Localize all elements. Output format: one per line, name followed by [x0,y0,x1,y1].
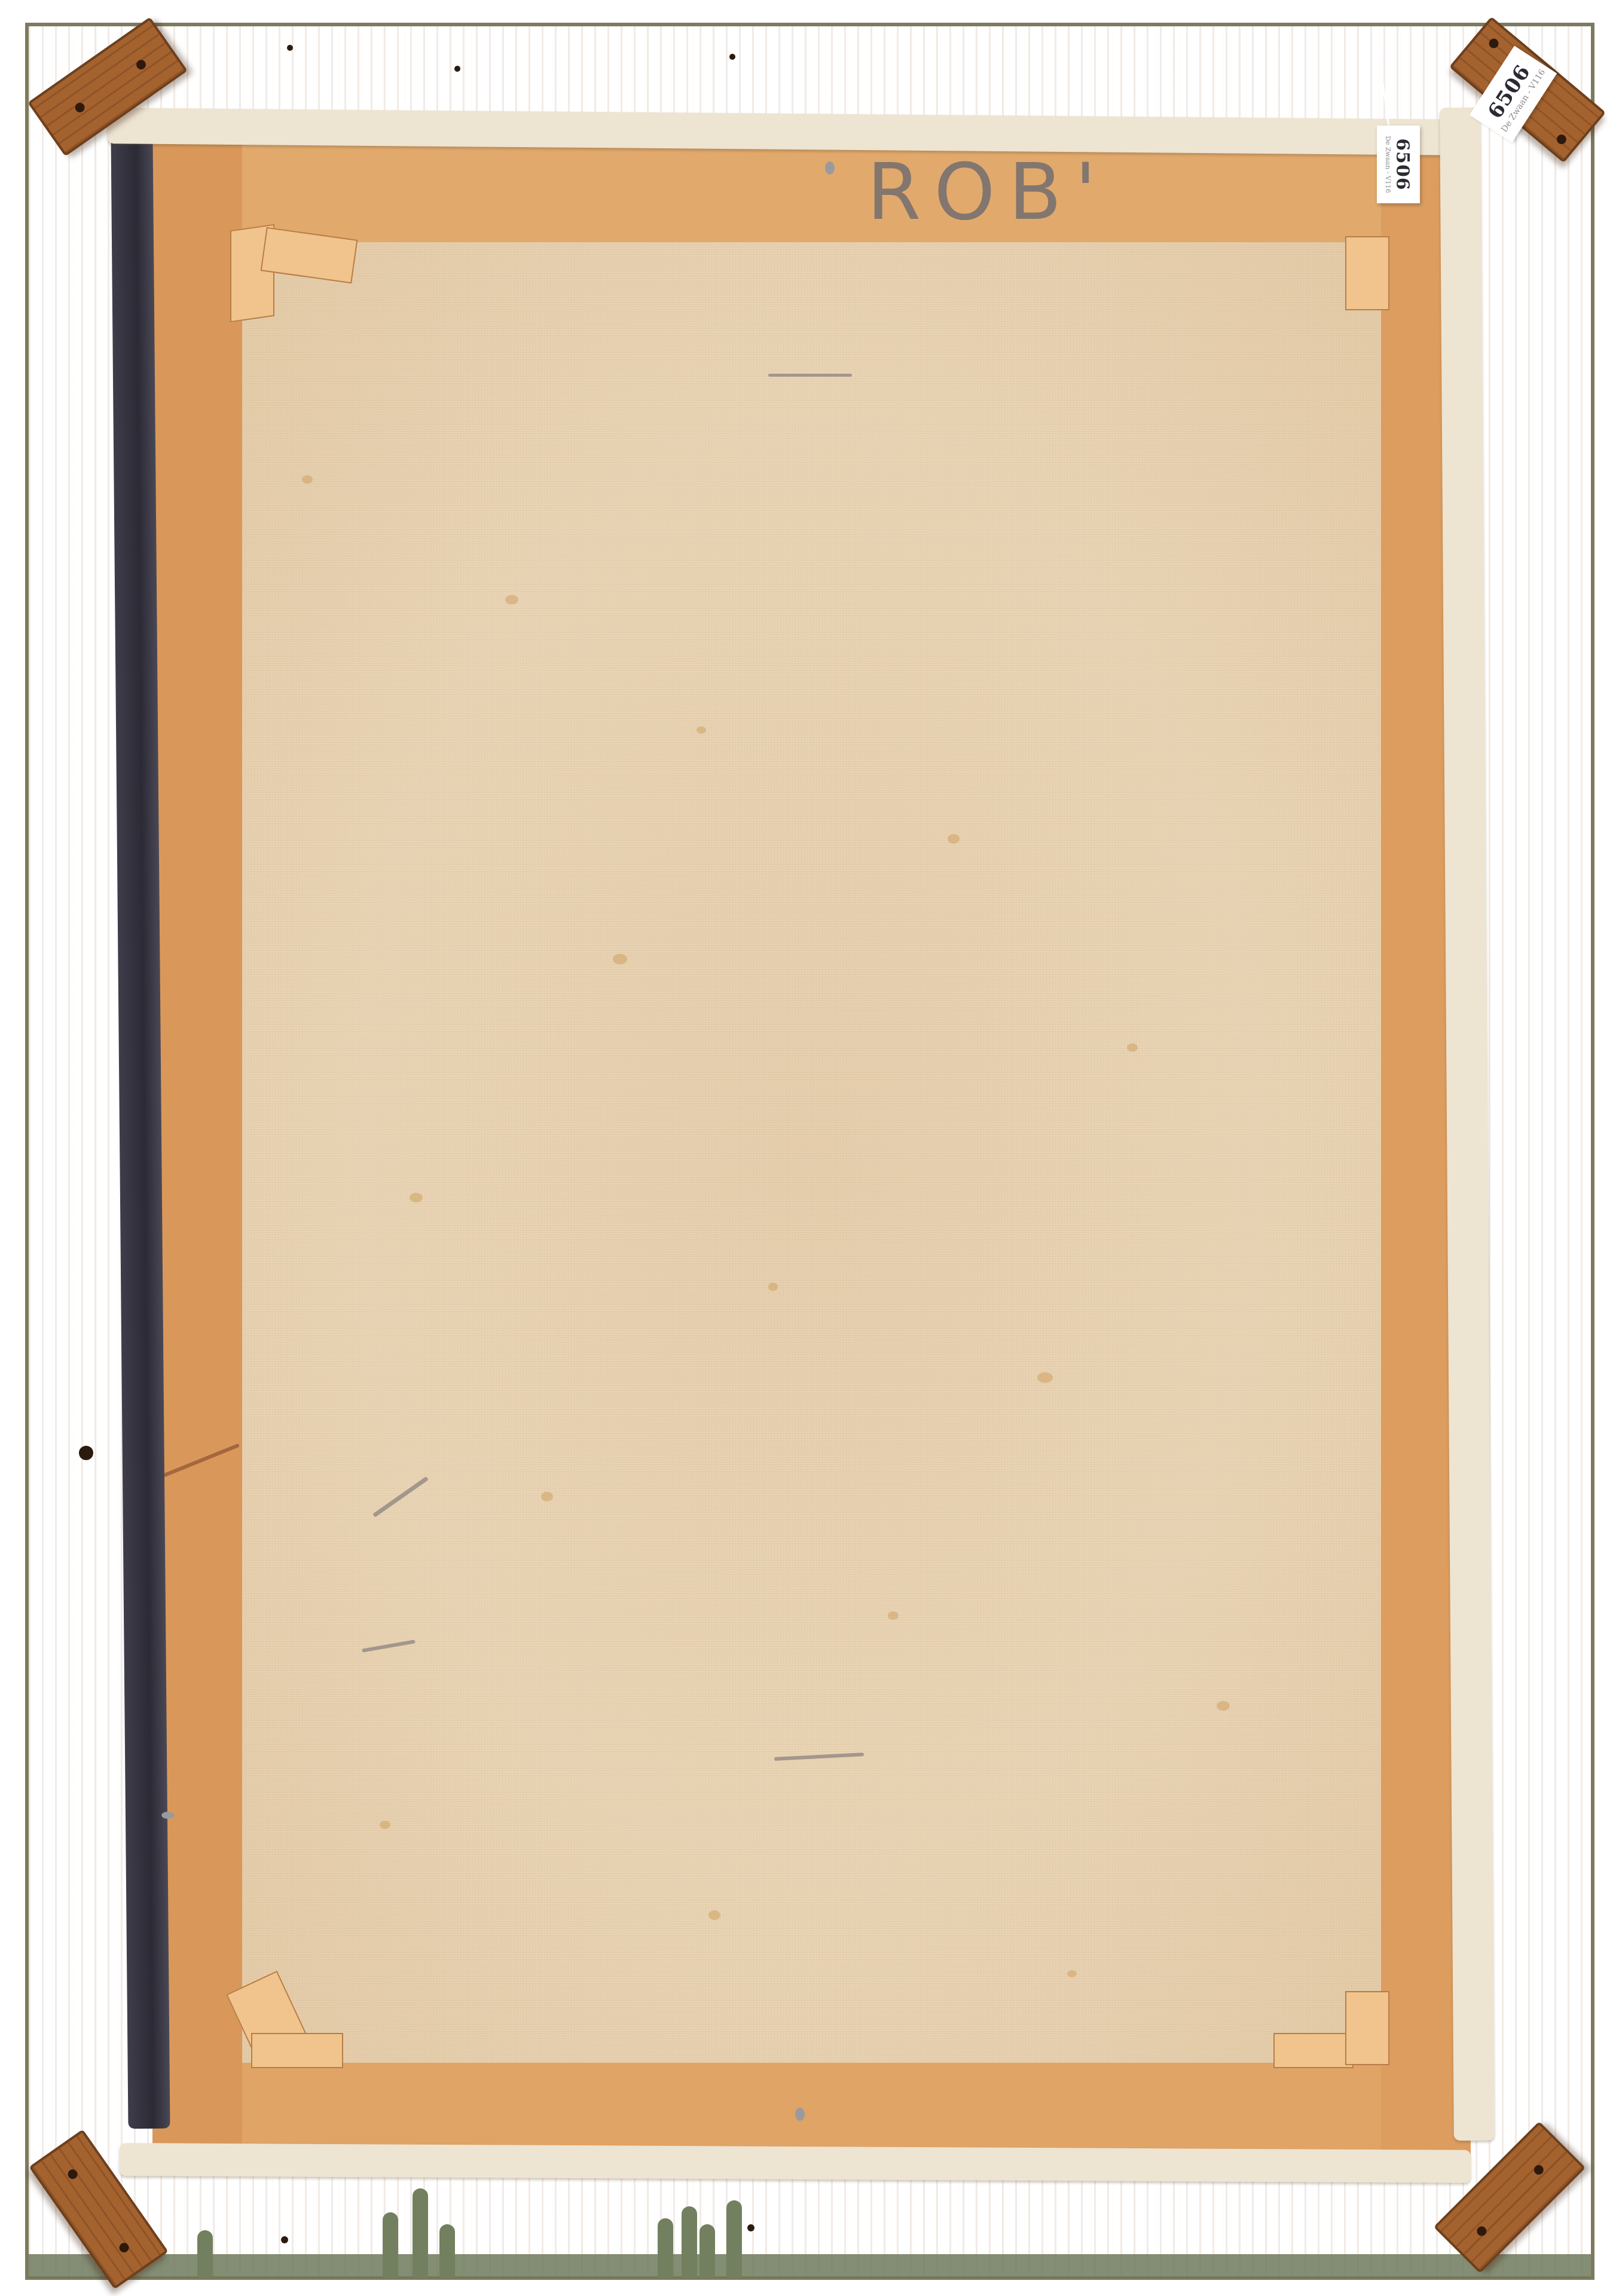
canvas-back [230,236,1387,2063]
worm-hole [281,2236,288,2243]
screw-hole [135,58,148,71]
paint-drip [197,2230,213,2278]
foxing-spot [1127,1043,1138,1052]
foxing-spot [1217,1701,1230,1711]
paint-drip [439,2224,455,2278]
screw-hole [66,2167,79,2181]
canvas-weave-texture [230,236,1387,2063]
worm-hole [729,54,735,60]
foxing-spot [613,954,627,964]
foxing-spot [541,1492,553,1501]
nail [161,1812,175,1819]
nail [825,161,835,175]
foxing-spot [888,1611,899,1620]
foxing-spot [1067,1970,1077,1977]
paint-drip [658,2218,673,2278]
foxing-spot [302,475,313,484]
nail [795,2108,805,2121]
screw-hole [1475,2224,1489,2238]
auction-tag-hanging: 6506 De Zwaan - V116 [1377,126,1420,203]
paint-drip [682,2206,697,2278]
paint-drip [383,2212,398,2278]
foxing-spot [697,726,706,734]
foxing-spot [948,834,960,844]
screw-hole [1487,36,1501,50]
foxing-spot [410,1193,423,1202]
foxing-spot [768,1283,778,1291]
foxing-spot [380,1821,390,1829]
paint-drip [699,2224,715,2278]
paint-drip [413,2188,428,2278]
screw-hole [1555,133,1569,146]
corner-key-bottom-left [251,2033,343,2068]
screw-hole [117,2241,130,2254]
pencil-inscription: ROB' [867,146,1110,237]
lot-number: 6506 [1392,138,1413,191]
screw-hole [1532,2163,1545,2177]
screw-hole [73,101,86,114]
pencil-mark [768,374,852,377]
worm-hole [287,45,293,51]
lot-subtitle: De Zwaan - V116 [1384,136,1392,193]
corner-key-bottom-right [1273,2033,1354,2068]
green-paint-residue [29,2254,1591,2278]
corner-key-top-right [1345,236,1389,310]
paint-drip [726,2200,742,2278]
worm-hole [747,2224,754,2231]
corner-key-bottom-right [1345,1991,1389,2065]
foxing-spot [505,595,518,604]
foxing-spot [1037,1372,1053,1383]
knot-hole [79,1446,93,1460]
worm-hole [454,66,460,72]
foxing-spot [708,1910,720,1920]
stretcher-bar-top [155,143,1471,242]
